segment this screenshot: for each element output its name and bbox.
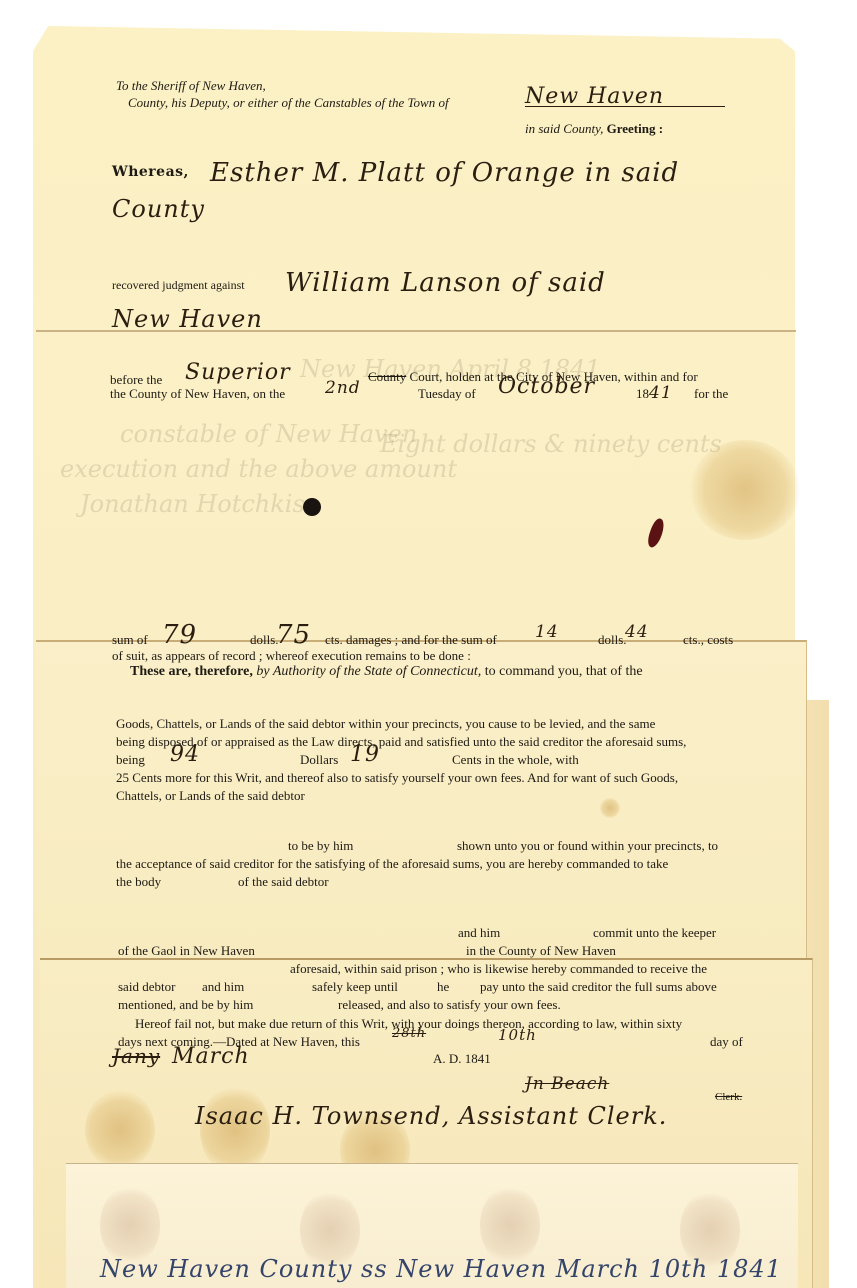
- tuesday-of-label: Tuesday of: [418, 386, 476, 401]
- struck-month: Jany: [112, 1044, 160, 1068]
- for-the-label: for the: [694, 386, 728, 401]
- ink-blot: [303, 498, 321, 516]
- being-label: being: [116, 752, 145, 767]
- bleed-through-text: execution and the above amount: [60, 455, 457, 483]
- ad-year: A. D. 1841: [433, 1051, 491, 1066]
- dolls-label: dolls.: [250, 632, 279, 647]
- rust-spot: [600, 798, 620, 818]
- costs-text: cts., costs: [683, 632, 733, 647]
- record-line: of suit, as appears of record ; whereof …: [112, 648, 471, 663]
- struck-clerk-title: Clerk.: [715, 1090, 742, 1105]
- day-of-label: day of: [710, 1034, 743, 1049]
- struck-county: County: [368, 369, 406, 384]
- embossed-seal: [100, 1185, 160, 1265]
- struck-signature: Jn Beach: [525, 1074, 609, 1094]
- bleed-through-text: Jonathan Hotchkiss: [80, 490, 317, 518]
- greeting: Greeting :: [607, 121, 663, 136]
- endorsement-text: New Haven County ss New Haven March 10th…: [100, 1255, 782, 1283]
- goods-line-4: 25 Cents more for this Writ, and thereof…: [116, 770, 678, 785]
- command-line: These are, therefore, by Authority of th…: [130, 664, 643, 679]
- bleed-through-text: constable of New Haven: [120, 420, 417, 448]
- body-line-1b: shown unto you or found within your prec…: [457, 838, 718, 853]
- judgment-label: recovered judgment against: [112, 278, 245, 293]
- goods-line-2: being disposed of or appraised as the La…: [116, 734, 686, 749]
- pay-line: pay unto the said creditor the full sums…: [480, 979, 717, 994]
- command-bold: These are, therefore,: [130, 664, 253, 679]
- mentioned-label: mentioned, and be by him: [118, 997, 253, 1012]
- bleed-through-text: Eight dollars & ninety cents: [380, 430, 722, 458]
- body-line-1a: to be by him: [288, 838, 353, 853]
- handwritten-costs-dollars: 14: [535, 622, 559, 642]
- said-debtor-label: said debtor: [118, 979, 175, 994]
- county-label: in the County of New Haven: [466, 943, 616, 958]
- year-printed: 1841: [636, 386, 673, 401]
- handwritten-ordinal: 2nd: [325, 378, 361, 398]
- body-line-3b: of the said debtor: [238, 874, 329, 889]
- handwritten-total-cents: 19: [350, 742, 380, 767]
- goods-line-5: Chattels, or Lands of the said debtor: [116, 788, 305, 803]
- water-stain: [690, 440, 800, 540]
- handwritten-month: October: [498, 374, 595, 399]
- cents-label: Cents in the whole, with: [452, 752, 579, 767]
- handwritten-ad-year: 1: [484, 1051, 491, 1066]
- whereas-label: Whereas,: [112, 165, 189, 180]
- header-line-3: in said County, Greeting :: [525, 121, 663, 136]
- embossed-seal: [480, 1185, 540, 1265]
- dolls-label-2: dolls.: [598, 632, 627, 647]
- clerk-signature: Isaac H. Townsend, Assistant Clerk.: [195, 1102, 667, 1130]
- handwritten-creditor: Esther M. Platt of Orange in said: [210, 158, 679, 188]
- dollars-label: Dollars: [300, 752, 338, 767]
- he-label: he: [437, 979, 449, 994]
- water-stain: [200, 1085, 270, 1175]
- header-line-2: County, his Deputy, or either of the Can…: [128, 95, 449, 110]
- handwritten-day: 10th: [498, 1026, 537, 1044]
- released-line: released, and also to satisfy your own f…: [338, 997, 561, 1012]
- and-him-label-2: and him: [202, 979, 244, 994]
- safely-label: safely keep until: [312, 979, 398, 994]
- handwritten-closing-month: March: [172, 1044, 250, 1069]
- handwritten-damages-dollars: 79: [162, 620, 197, 650]
- commit-label: commit unto the keeper: [593, 925, 716, 940]
- gaol-label: of the Gaol in New Haven: [118, 943, 255, 958]
- and-him-label: and him: [458, 925, 500, 940]
- handwritten-debtor: William Lanson of said: [285, 268, 606, 298]
- struck-day: 28th: [392, 1026, 426, 1041]
- water-stain: [85, 1090, 155, 1170]
- court-line-2: the County of New Haven, on the: [110, 386, 285, 401]
- before-the-label: before the: [110, 372, 162, 387]
- header-line-1: To the Sheriff of New Haven,: [116, 78, 266, 93]
- underline: [525, 106, 725, 107]
- aforesaid-line: aforesaid, within said prison ; who is l…: [290, 961, 707, 976]
- handwritten-total-dollars: 94: [170, 742, 200, 767]
- body-line-2: the acceptance of said creditor for the …: [116, 856, 668, 871]
- body-line-3a: the body: [116, 874, 161, 889]
- handwritten-debtor-line-2: New Haven: [112, 305, 263, 333]
- sum-of-label: sum of: [112, 632, 148, 647]
- handwritten-court-type: Superior: [185, 360, 291, 385]
- handwritten-costs-cents: 44: [625, 622, 649, 642]
- handwritten-damages-cents: 75: [276, 620, 311, 650]
- handwritten-creditor-line-2: County: [112, 195, 205, 223]
- goods-line-1: Goods, Chattels, or Lands of the said de…: [116, 716, 655, 731]
- damages-text: cts. damages ; and for the sum of: [325, 632, 497, 647]
